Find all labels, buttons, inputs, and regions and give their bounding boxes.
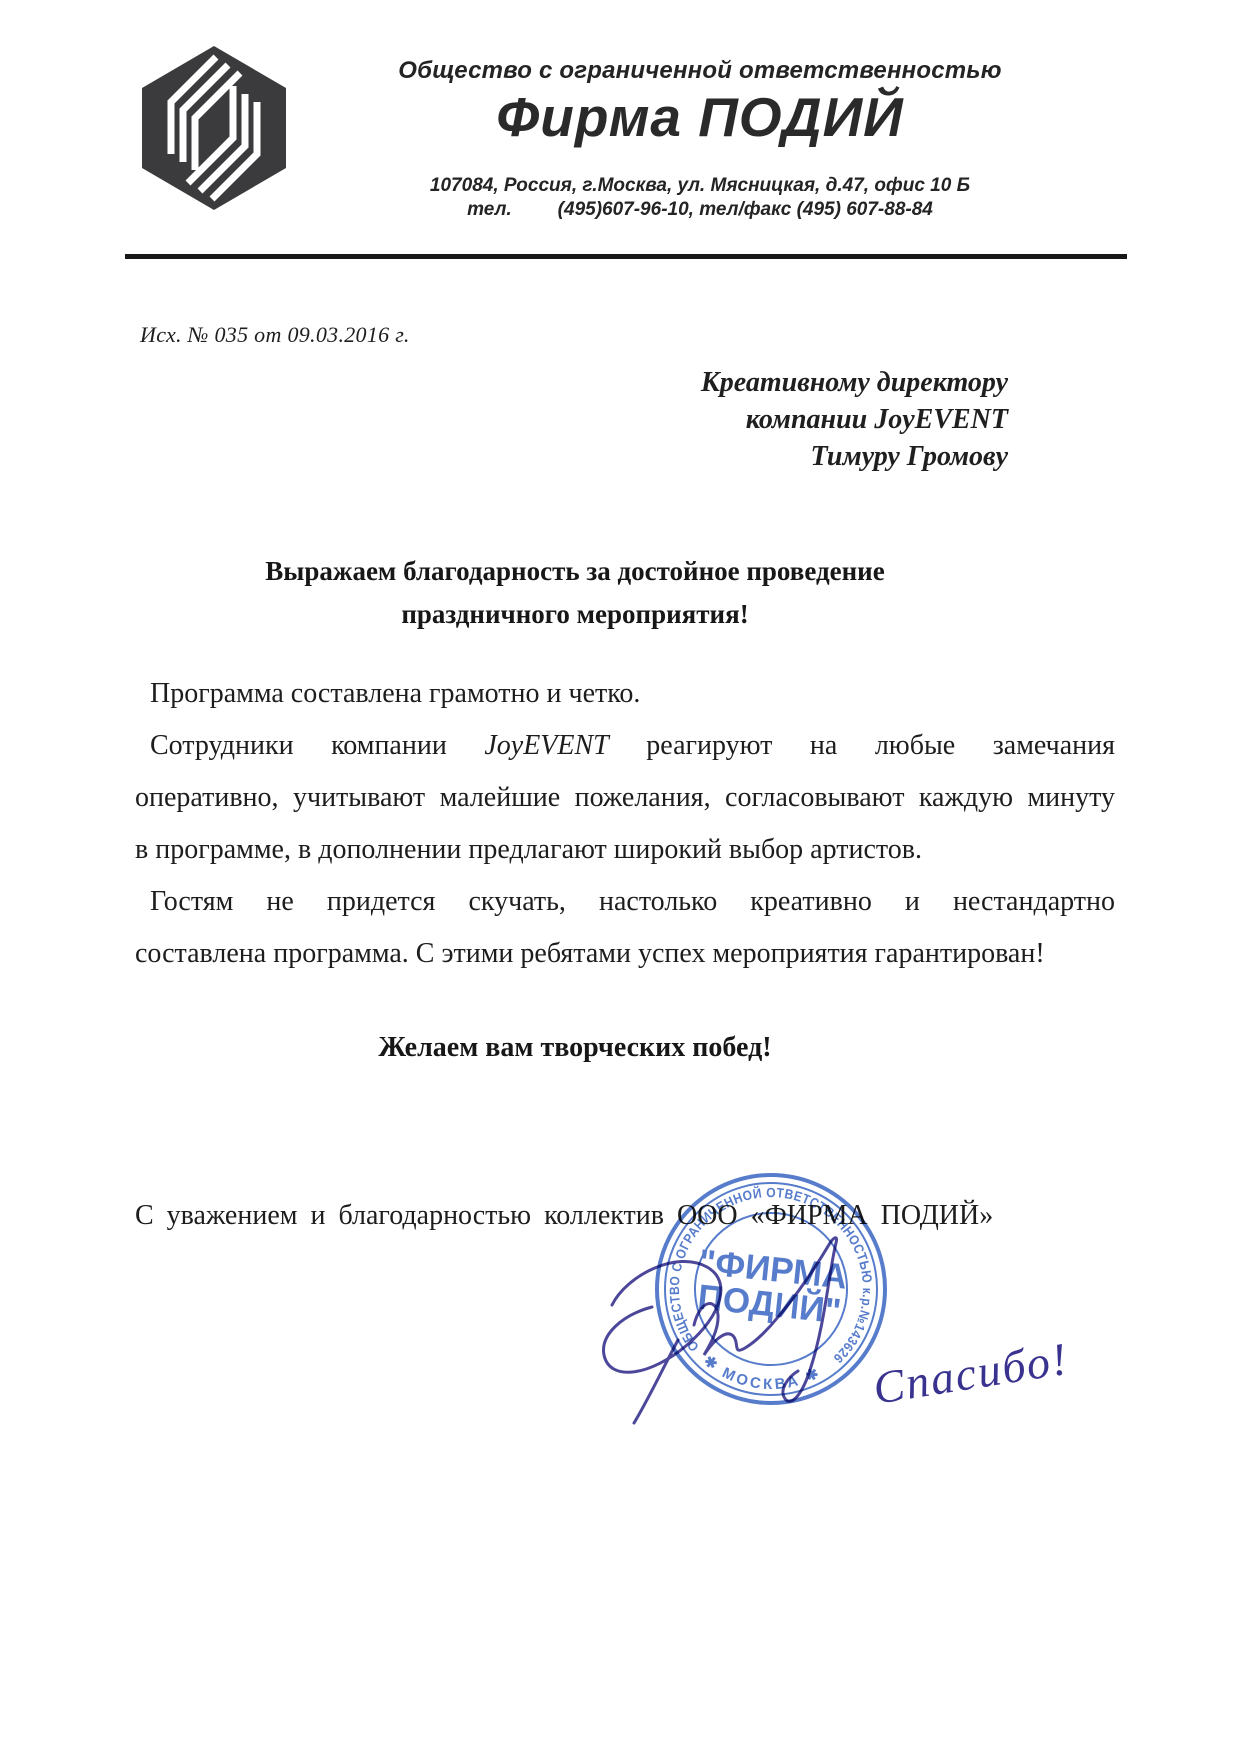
body-line: Гостям не придется скучать, настолько кр… (135, 876, 1115, 928)
company-name-inline: JoyEVENT (484, 730, 608, 761)
letter-title: Выражаем благодарность за достойное пров… (20, 550, 1130, 636)
addressee-block: Креативному директору компании JoyEVENT … (701, 364, 1008, 475)
thanks-handwriting: Спасибо! (862, 1286, 1112, 1426)
body-line: оперативно, учитывают малейшие пожелания… (135, 772, 1115, 824)
company-logo-icon (138, 42, 290, 214)
company-name: Фирма ПОДИЙ (398, 86, 1002, 148)
phone-label: тел. (467, 198, 512, 222)
title-line: праздничного мероприятия! (20, 593, 1130, 636)
title-line: Выражаем благодарность за достойное пров… (20, 550, 1130, 593)
addressee-line: Тимуру Громову (701, 438, 1008, 475)
header-divider (125, 254, 1127, 259)
phone-numbers: (495)607-96-10, тел/факс (495) 607-88-84 (558, 198, 933, 222)
wish-line: Желаем вам творческих побед! (20, 1026, 1130, 1069)
body-text-part: реагируют на любые замечания (646, 730, 1115, 761)
company-phone-row: тел. (495)607-96-10, тел/факс (495) 607-… (398, 198, 1002, 222)
body-line: Программа составлена грамотно и четко. (135, 668, 1115, 720)
signature-ink (582, 1205, 902, 1435)
reference-number-line: Исх. № 035 от 09.03.2016 г. (140, 322, 410, 348)
company-address: 107084, Россия, г.Москва, ул. Мясницкая,… (398, 174, 1002, 198)
body-line: Сотрудники компании JoyEVENT реагируют н… (135, 720, 1115, 772)
addressee-line: компании JoyEVENT (701, 401, 1008, 438)
body-line: составлена программа. С этими ребятами у… (135, 928, 1115, 980)
body-line: в программе, в дополнении предлагают шир… (135, 824, 1115, 876)
letterhead: Общество с ограниченной ответственностью… (398, 56, 1002, 222)
thanks-text: Спасибо! (870, 1333, 1073, 1414)
scanned-letter-page: Общество с ограниченной ответственностью… (0, 0, 1248, 1757)
logo-hexagon (142, 46, 286, 210)
body-text-part: Сотрудники компании (150, 730, 447, 761)
addressee-line: Креативному директору (701, 364, 1008, 401)
org-type-line: Общество с ограниченной ответственностью (398, 56, 1002, 86)
letter-body: Программа составлена грамотно и четко. С… (135, 668, 1115, 980)
